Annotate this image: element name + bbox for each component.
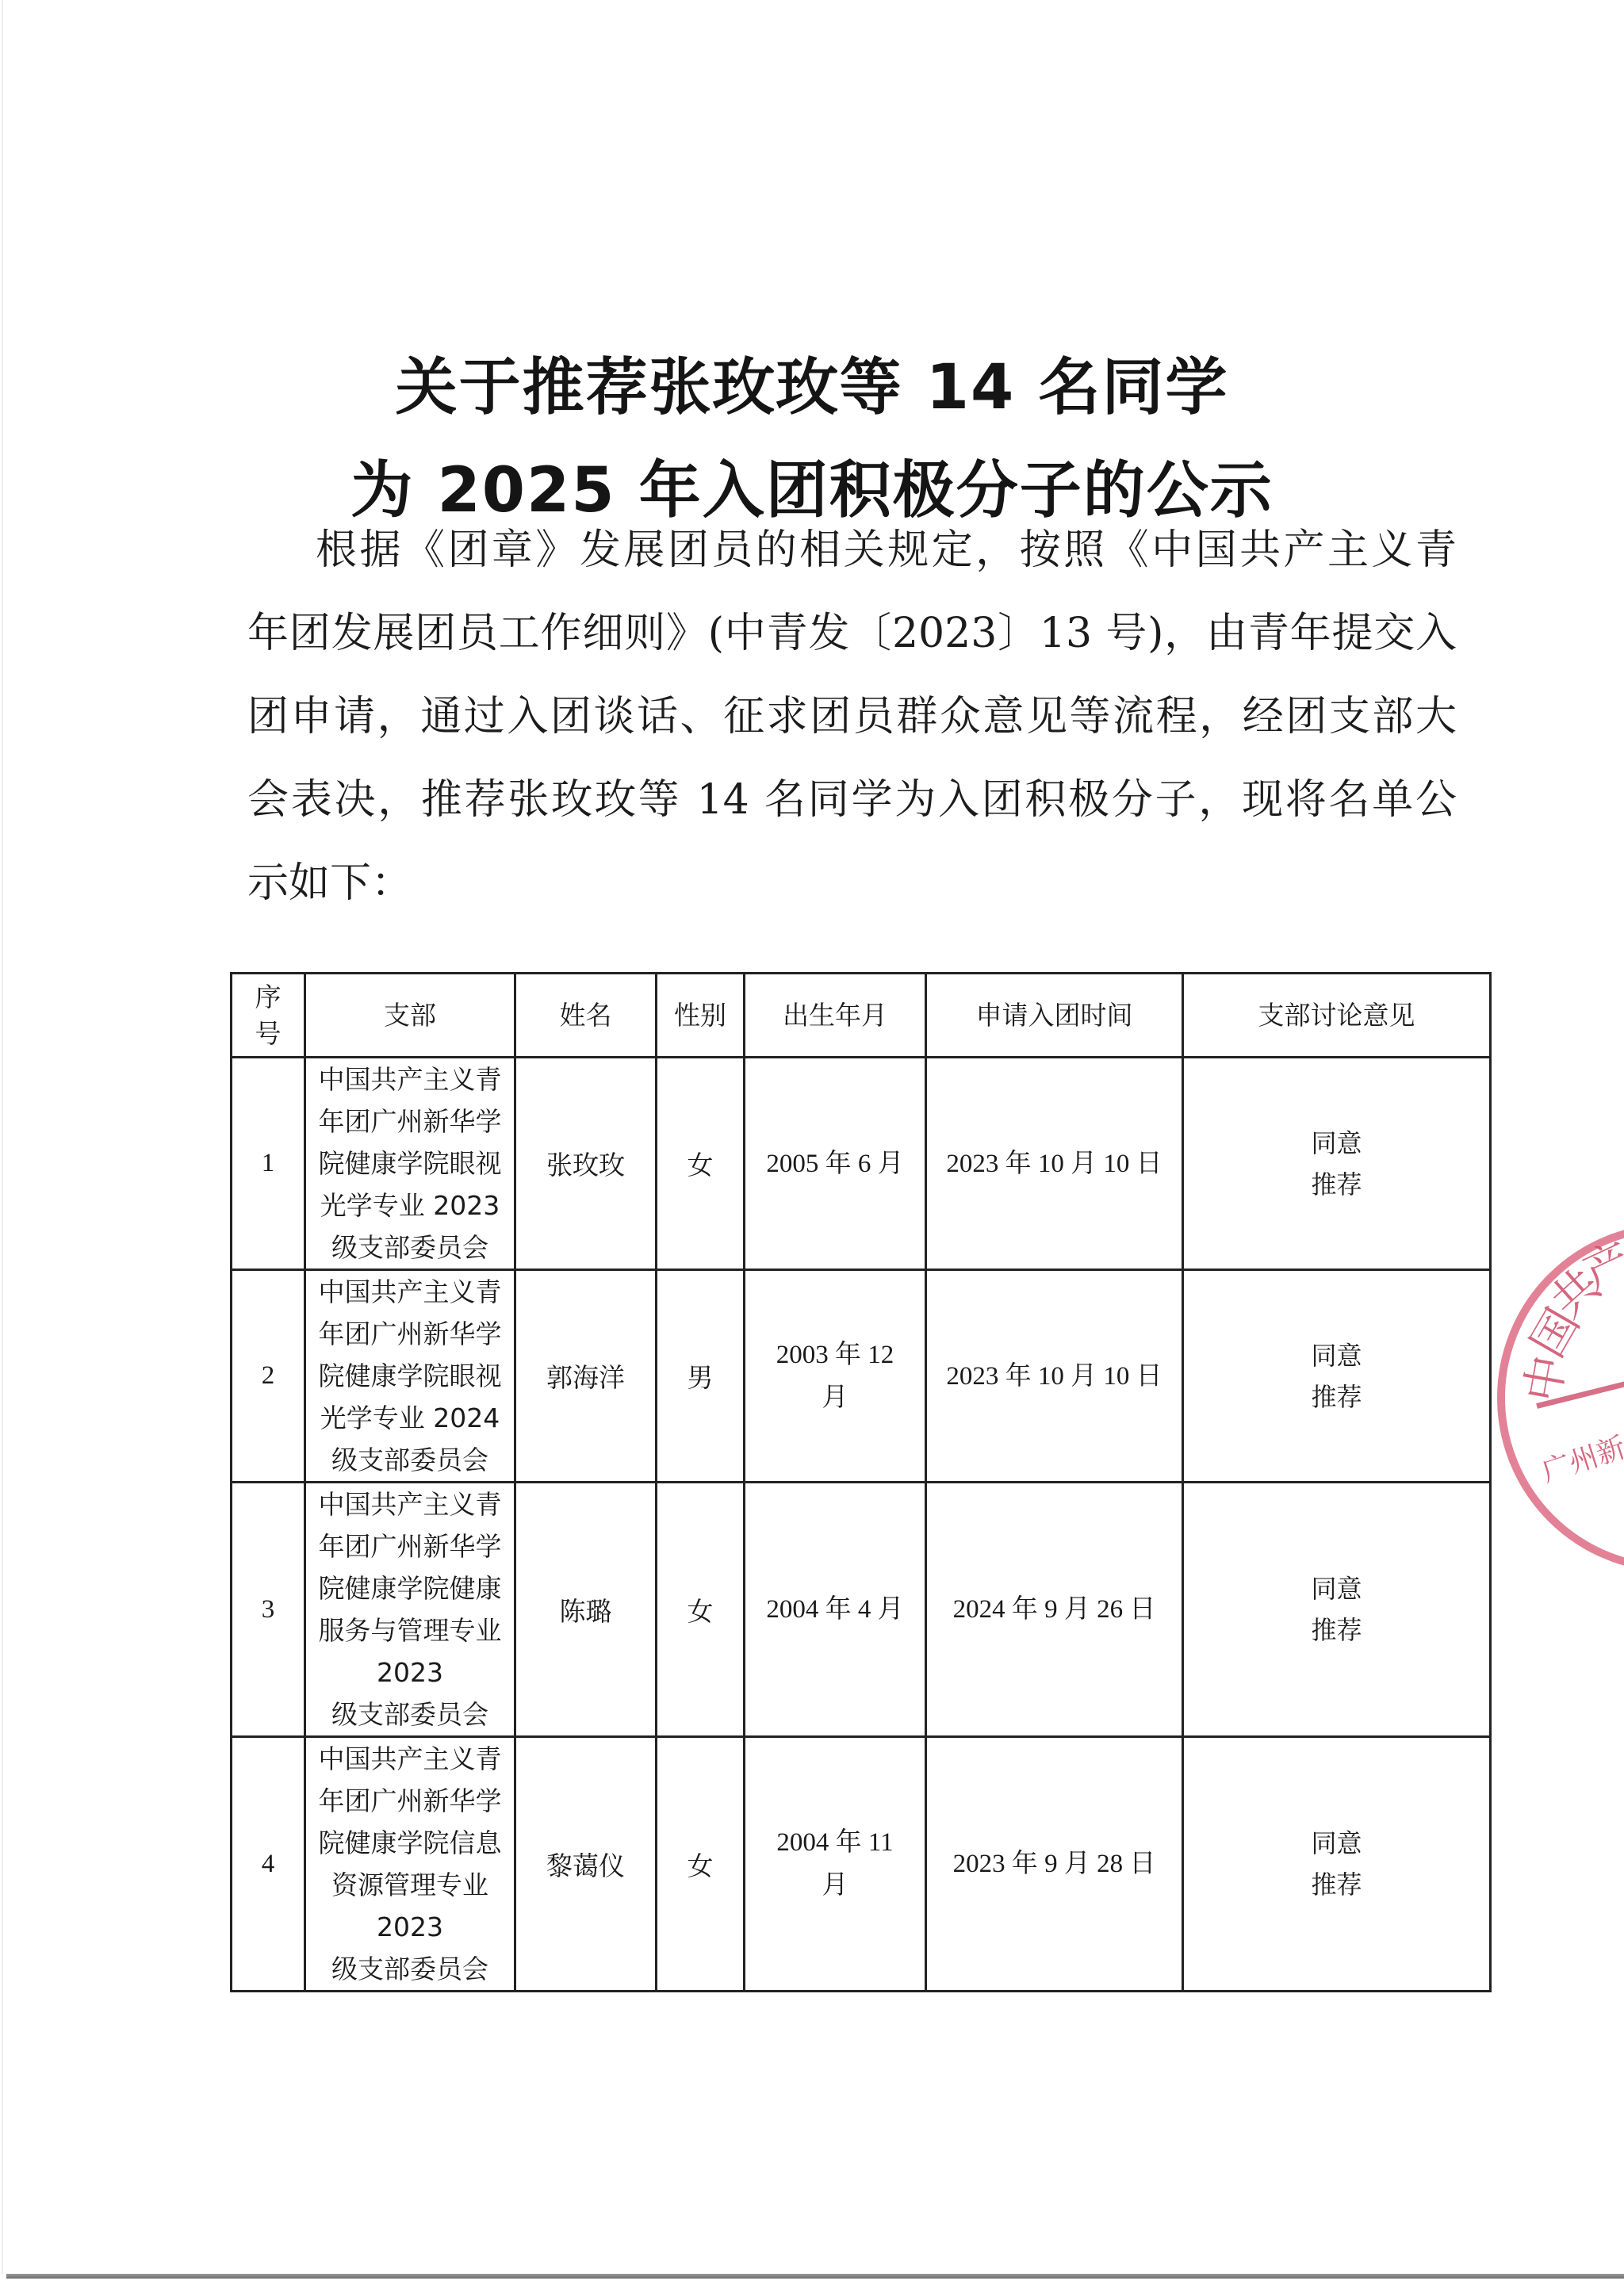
table-row: 1 中国共产主义青 年团广州新华学 院健康学院眼视 光学专业 2023 级支部委… bbox=[232, 1058, 1491, 1270]
table-row: 3 中国共产主义青 年团广州新华学 院健康学院健康 服务与管理专业 2023 级… bbox=[232, 1483, 1491, 1737]
opinion-line: 同意 bbox=[1184, 1123, 1489, 1164]
scan-edge-left bbox=[2, 0, 3, 2274]
opinion-line: 推荐 bbox=[1184, 1376, 1489, 1418]
header-index-line: 序 bbox=[232, 979, 304, 1016]
branch-line: 年团广州新华学 bbox=[306, 1313, 514, 1355]
header-index-line: 号 bbox=[232, 1016, 304, 1052]
branch-line: 中国共产主义青 bbox=[306, 1058, 514, 1100]
cell-opinion: 同意 推荐 bbox=[1183, 1737, 1491, 1992]
roster-table: 序 号 支部 姓名 性别 出生年月 申请入团时间 支部讨论意见 1 中国共产主义… bbox=[230, 972, 1492, 1992]
branch-line: 年团广州新华学 bbox=[306, 1780, 514, 1822]
cell-opinion: 同意 推荐 bbox=[1183, 1483, 1491, 1737]
opinion-line: 同意 bbox=[1184, 1823, 1489, 1864]
cell-gender: 女 bbox=[657, 1483, 745, 1737]
table-row: 4 中国共产主义青 年团广州新华学 院健康学院信息 资源管理专业 2023 级支… bbox=[232, 1737, 1491, 1992]
branch-line: 2023 bbox=[306, 1906, 514, 1948]
cell-opinion: 同意 推荐 bbox=[1183, 1270, 1491, 1483]
birth-line: 2003 年 12 bbox=[745, 1334, 925, 1376]
cell-index: 1 bbox=[232, 1058, 305, 1270]
header-opinion: 支部讨论意见 bbox=[1183, 974, 1491, 1058]
cell-name: 郭海洋 bbox=[515, 1270, 657, 1483]
branch-line: 服务与管理专业 bbox=[306, 1609, 514, 1651]
table-row: 2 中国共产主义青 年团广州新华学 院健康学院眼视 光学专业 2024 级支部委… bbox=[232, 1270, 1491, 1483]
scan-edge-bottom bbox=[6, 2274, 1624, 2279]
cell-gender: 女 bbox=[657, 1058, 745, 1270]
opinion-line: 同意 bbox=[1184, 1335, 1489, 1376]
branch-line: 光学专业 2024 bbox=[306, 1397, 514, 1439]
cell-birth: 2005 年 6 月 bbox=[745, 1058, 926, 1270]
branch-line: 院健康学院眼视 bbox=[306, 1142, 514, 1184]
birth-line: 2004 年 4 月 bbox=[745, 1588, 925, 1631]
cell-branch: 中国共产主义青 年团广州新华学 院健康学院信息 资源管理专业 2023 级支部委… bbox=[305, 1737, 515, 1992]
header-name: 姓名 bbox=[515, 974, 657, 1058]
birth-line: 2005 年 6 月 bbox=[745, 1142, 925, 1185]
cell-birth: 2004 年 4 月 bbox=[745, 1483, 926, 1737]
branch-line: 中国共产主义青 bbox=[306, 1483, 514, 1525]
branch-line: 级支部委员会 bbox=[306, 1693, 514, 1735]
cell-apply-date: 2023 年 10 月 10 日 bbox=[926, 1058, 1183, 1270]
cell-index: 3 bbox=[232, 1483, 305, 1737]
cell-branch: 中国共产主义青 年团广州新华学 院健康学院眼视 光学专业 2024 级支部委员会 bbox=[305, 1270, 515, 1483]
opinion-line: 推荐 bbox=[1184, 1864, 1489, 1905]
cell-name: 陈璐 bbox=[515, 1483, 657, 1737]
header-branch: 支部 bbox=[305, 974, 515, 1058]
table-header-row: 序 号 支部 姓名 性别 出生年月 申请入团时间 支部讨论意见 bbox=[232, 974, 1491, 1058]
cell-index: 2 bbox=[232, 1270, 305, 1483]
body-line: 团申请，通过入团谈话、征求团员群众意见等流程，经团支部大 bbox=[247, 675, 1457, 759]
cell-gender: 男 bbox=[657, 1270, 745, 1483]
branch-line: 光学专业 2023 bbox=[306, 1184, 514, 1226]
cell-gender: 女 bbox=[657, 1737, 745, 1992]
branch-line: 级支部委员会 bbox=[306, 1948, 514, 1990]
opinion-line: 推荐 bbox=[1184, 1164, 1489, 1205]
branch-line: 2023 bbox=[306, 1651, 514, 1693]
cell-name: 黎蔼仪 bbox=[515, 1737, 657, 1992]
branch-line: 级支部委员会 bbox=[306, 1439, 514, 1481]
branch-line: 年团广州新华学 bbox=[306, 1525, 514, 1567]
branch-line: 级支部委员会 bbox=[306, 1226, 514, 1269]
branch-line: 院健康学院眼视 bbox=[306, 1355, 514, 1397]
cell-name: 张玫玫 bbox=[515, 1058, 657, 1270]
birth-line: 2004 年 11 bbox=[745, 1821, 925, 1864]
birth-line: 月 bbox=[745, 1864, 925, 1907]
header-birth: 出生年月 bbox=[745, 974, 926, 1058]
body-line: 示如下： bbox=[247, 842, 1457, 925]
branch-line: 年团广州新华学 bbox=[306, 1100, 514, 1142]
birth-line: 月 bbox=[745, 1376, 925, 1419]
header-gender: 性别 bbox=[657, 974, 745, 1058]
body-line: 根据《团章》发展团员的相关规定，按照《中国共产主义青 bbox=[247, 509, 1457, 592]
cell-index: 4 bbox=[232, 1737, 305, 1992]
cell-opinion: 同意 推荐 bbox=[1183, 1058, 1491, 1270]
cell-branch: 中国共产主义青 年团广州新华学 院健康学院眼视 光学专业 2023 级支部委员会 bbox=[305, 1058, 515, 1270]
cell-branch: 中国共产主义青 年团广州新华学 院健康学院健康 服务与管理专业 2023 级支部… bbox=[305, 1483, 515, 1737]
branch-line: 院健康学院健康 bbox=[306, 1567, 514, 1609]
page-title-line-1: 关于推荐张玫玫等 14 名同学 bbox=[0, 357, 1624, 419]
header-apply-date: 申请入团时间 bbox=[926, 974, 1183, 1058]
opinion-line: 同意 bbox=[1184, 1568, 1489, 1609]
cell-birth: 2004 年 11 月 bbox=[745, 1737, 926, 1992]
branch-line: 中国共产主义青 bbox=[306, 1738, 514, 1780]
body-paragraph: 根据《团章》发展团员的相关规定，按照《中国共产主义青 年团发展团员工作细则》(中… bbox=[247, 509, 1457, 925]
header-index: 序 号 bbox=[232, 974, 305, 1058]
body-line: 会表决，推荐张玫玫等 14 名同学为入团积极分子，现将名单公 bbox=[247, 759, 1457, 842]
body-line: 年团发展团员工作细则》(中青发〔2023〕13 号)，由青年提交入 bbox=[247, 592, 1457, 675]
cell-apply-date: 2023 年 9 月 28 日 bbox=[926, 1737, 1183, 1992]
branch-line: 资源管理专业 bbox=[306, 1864, 514, 1906]
cell-apply-date: 2023 年 10 月 10 日 bbox=[926, 1270, 1183, 1483]
branch-line: 中国共产主义青 bbox=[306, 1271, 514, 1313]
branch-line: 院健康学院信息 bbox=[306, 1822, 514, 1864]
cell-birth: 2003 年 12 月 bbox=[745, 1270, 926, 1483]
cell-apply-date: 2024 年 9 月 26 日 bbox=[926, 1483, 1183, 1737]
opinion-line: 推荐 bbox=[1184, 1609, 1489, 1651]
